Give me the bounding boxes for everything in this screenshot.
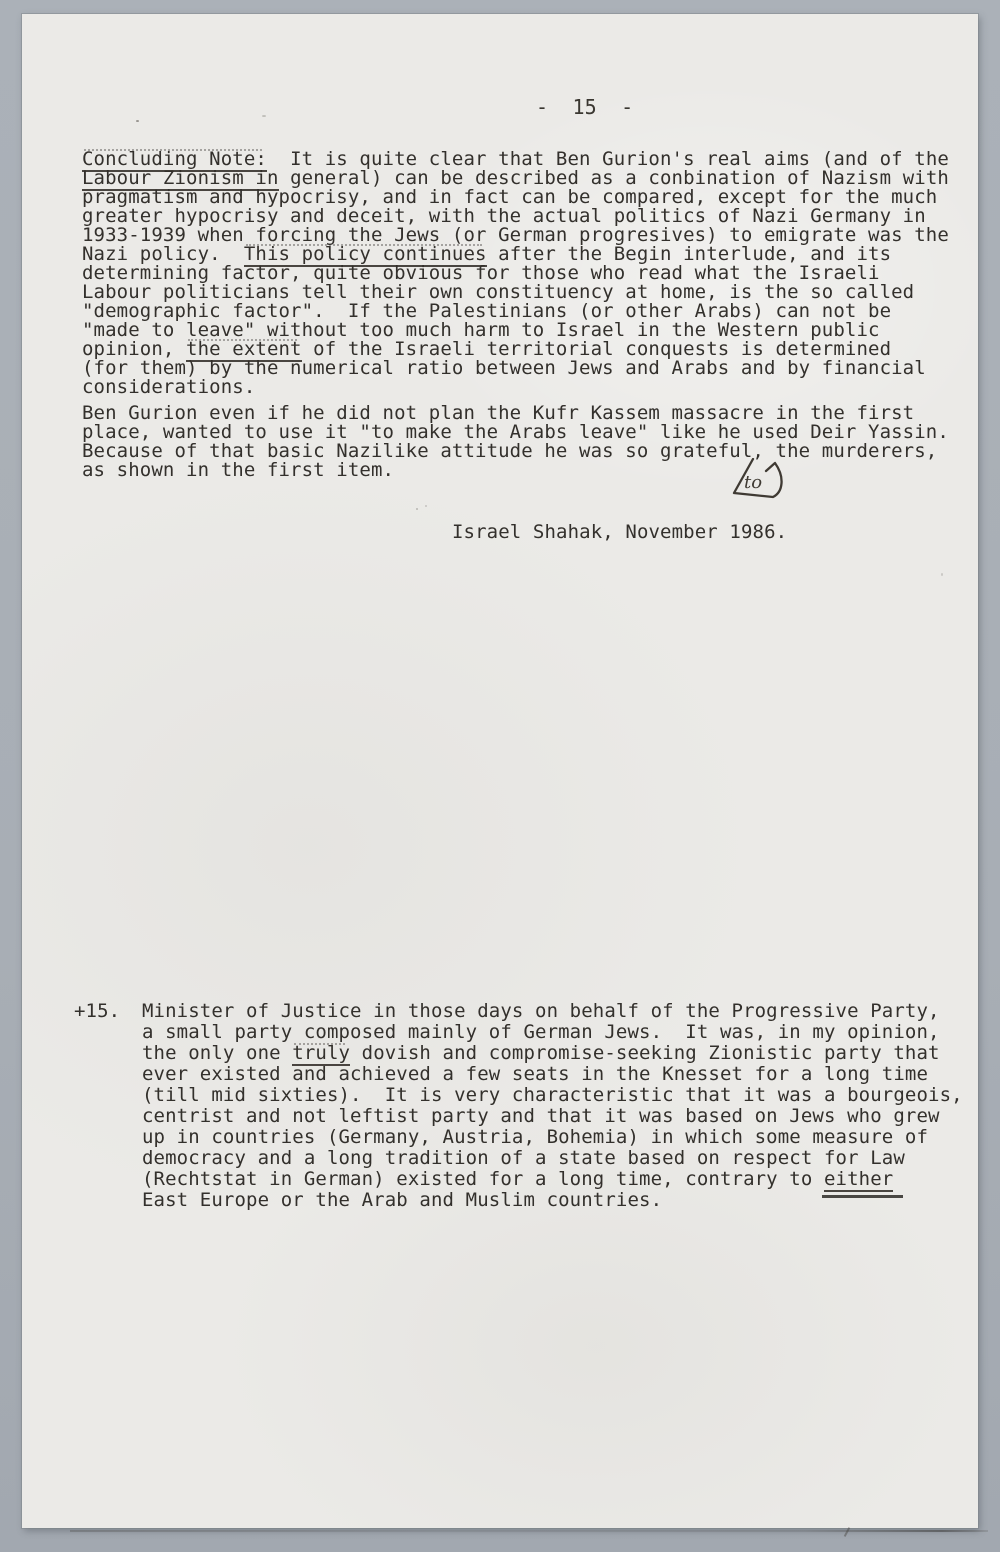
ben-gurion-paragraph: Ben Gurion even if he did not plan the K… [82, 404, 949, 480]
handwritten-to-text: to [744, 472, 762, 493]
text-segment: democracy and a long tradition of a stat… [142, 1147, 905, 1169]
footnote-15: +15. Minister of Justice in those days o… [74, 1001, 963, 1211]
underlined-text: either [824, 1168, 893, 1192]
text-line: democracy and a long tradition of a stat… [142, 1148, 963, 1169]
text-segment: (till mid sixties). It is very character… [142, 1084, 963, 1106]
document-page: - 15 - Concluding Note: It is quite clea… [22, 14, 978, 1528]
text-line: a small party composed mainly of German … [142, 1022, 963, 1043]
text-segment: Minister of Justice in those days on beh… [142, 1000, 940, 1022]
underlined-text: the extent [186, 338, 302, 362]
paper-speck [941, 573, 943, 576]
text-segment: ever existed and achieved a few seats in… [142, 1063, 928, 1085]
text-line: (Rechtstat in German) existed for a long… [142, 1169, 963, 1190]
paper-speck [416, 508, 418, 510]
page-number: - 15 - [536, 98, 633, 117]
text-line: the only one truly dovish and compromise… [142, 1043, 963, 1064]
paper-speck [136, 120, 139, 122]
concluding-note-paragraph: Concluding Note: It is quite clear that … [82, 150, 949, 397]
text-line: up in countries (Germany, Austria, Bohem… [142, 1127, 963, 1148]
text-line: considerations. [82, 378, 949, 397]
text-line: centrist and not leftist party and that … [142, 1106, 963, 1127]
text-segment: dovish and compromise-seeking Zionistic … [350, 1042, 940, 1064]
handwritten-insertion-mark: to [728, 458, 792, 504]
text-line: as shown in the first item. [82, 461, 949, 480]
text-segment: East Europe or the Arab and Muslim count… [142, 1189, 662, 1211]
underlined-text: Concluding Note: [82, 148, 267, 172]
text-segment: a small party composed mainly of German … [142, 1021, 940, 1043]
underlined-text: truly [292, 1042, 350, 1066]
underlined-text: This policy continues [244, 243, 487, 267]
text-segment: (Rechtstat in German) existed for a long… [142, 1168, 824, 1190]
text-line: Minister of Justice in those days on beh… [142, 1001, 963, 1022]
text-segment: centrist and not leftist party and that … [142, 1105, 940, 1127]
paper-speck [262, 115, 266, 117]
footnote-marker: +15. [74, 1002, 120, 1021]
footnote-text: Minister of Justice in those days on beh… [142, 1001, 963, 1211]
text-line: East Europe or the Arab and Muslim count… [142, 1190, 963, 1211]
text-segment: considerations. [82, 376, 255, 398]
scan-artifact-line [70, 1530, 988, 1532]
paper-speck [425, 505, 427, 507]
screenshot-root: { "colors": {"background": "#a9afb6", "p… [0, 0, 1000, 1552]
text-segment: as shown in the first item. [82, 459, 394, 481]
signature-line: Israel Shahak, November 1986. [452, 523, 787, 542]
text-segment: the only one [142, 1042, 292, 1064]
text-segment: up in countries (Germany, Austria, Bohem… [142, 1126, 928, 1148]
text-line: (till mid sixties). It is very character… [142, 1085, 963, 1106]
text-line: ever existed and achieved a few seats in… [142, 1064, 963, 1085]
